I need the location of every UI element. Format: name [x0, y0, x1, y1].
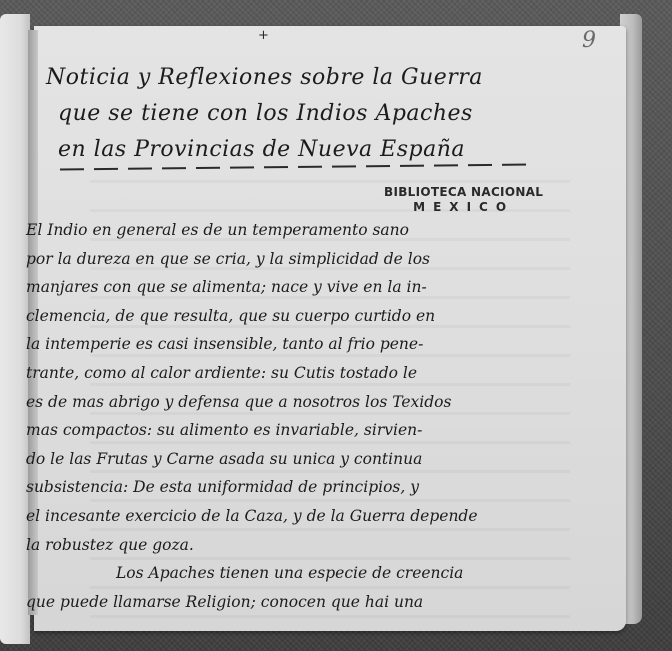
body-line: es de mas abrigo y defensa que a nosotro…: [26, 388, 606, 417]
header-cross-mark: +: [258, 28, 269, 43]
body-line: El Indio en general es de un temperament…: [26, 216, 606, 245]
body-line: el incesante exercicio de la Caza, y de …: [26, 502, 606, 531]
body-line: clemencia, de que resulta, que su cuerpo…: [26, 302, 606, 331]
title-line: en las Provincias de Nueva España: [40, 132, 580, 168]
body-line-paragraph-start: Los Apaches tienen una especie de creenc…: [26, 559, 606, 588]
title-line: que se tiene con los Indios Apaches: [40, 96, 580, 132]
body-line: subsistencia: De esta uniformidad de pri…: [26, 473, 606, 502]
library-stamp: BIBLIOTECA NACIONAL MEXICO: [384, 185, 543, 214]
manuscript-title: Noticia y Reflexiones sobre la Guerra qu…: [40, 60, 580, 168]
manuscript-body: El Indio en general es de un temperament…: [26, 216, 606, 616]
body-line: que puede llamarse Religion; conocen que…: [26, 588, 606, 617]
title-line: Noticia y Reflexiones sobre la Guerra: [40, 60, 580, 96]
folio-number: 9: [582, 28, 596, 53]
body-line: manjares con que se alimenta; nace y viv…: [26, 273, 606, 302]
body-line: la intemperie es casi insensible, tanto …: [26, 330, 606, 359]
body-line: trante, como al calor ardiente: su Cutis…: [26, 359, 606, 388]
stamp-line-2: MEXICO: [384, 200, 543, 214]
body-line: mas compactos: su alimento es invariable…: [26, 416, 606, 445]
stamp-line-1: BIBLIOTECA NACIONAL: [384, 185, 543, 199]
body-line: do le las Frutas y Carne asada su unica …: [26, 445, 606, 474]
body-line: la robustez que goza.: [26, 531, 606, 560]
body-line: por la dureza en que se cria, y la simpl…: [26, 245, 606, 274]
